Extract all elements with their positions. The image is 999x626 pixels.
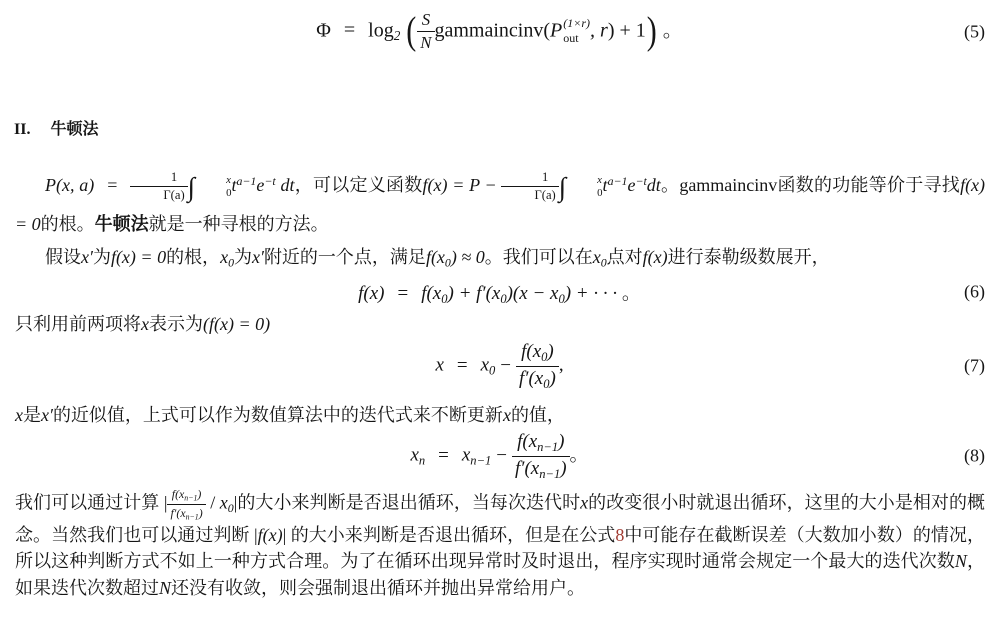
paragraph-2: 假设x′为f(x) = 0的根，x0为x′附近的一个点，满足f(x0) ≈ 0。… [15,242,985,278]
eq6-term1: f(x [421,283,441,304]
paragraph-1: P(x, a)=1Γ(a)∫x0ta−1e−t dt，可以定义函数f(x) = … [15,163,985,243]
equation-5: Φ=log2 (SNgammaincinv(P(1×r)out, r) + 1)… [0,10,999,53]
p1-text-4: 的根。 [41,214,95,234]
eq5-P: P [550,19,562,41]
p3b-text-1: 是 [23,405,41,425]
eq8-period: 。 [570,445,589,466]
eq5-period: 。 [663,19,683,41]
p2-text-3: 的根， [166,247,220,267]
p4-x0: x [220,492,228,512]
p1-integral-icon-2: ∫ [559,172,566,202]
p4-x: x [580,492,588,512]
equation-8: xn=xn−1−f(xn−1)f′(xn−1)。 (8) [0,431,999,482]
p2-fx0-close: ) ≈ 0 [451,247,485,267]
p3b-text-2: 的近似值，上式可以作为数值算法中的迭代式来不断更新 [53,405,503,425]
p3b-x-2: x [503,405,511,425]
eq6-term4: ) + · · · [565,283,622,304]
p2-fx0-approx: f(x [426,247,445,267]
eq5-open-paren: ( [406,12,416,51]
p1-t-exp: a−1 [236,174,256,188]
eq5-function-name: gammaincinv [435,19,544,41]
p1-bold-newton: 牛顿法 [95,214,149,234]
p3a-fx0: (f(x) = 0) [203,314,270,334]
p2-text-8: 进行泰勒级数展开， [668,247,830,267]
eq7-x0-sub: 0 [489,363,495,377]
p1-integral-limits: x0 [196,174,231,201]
eq7-lhs: x [435,355,443,376]
eq8-fraction: f(xn−1)f′(xn−1) [512,431,570,482]
equation-5-number: (5) [964,21,985,42]
p2-xprime-2: x′ [252,247,264,267]
p3b-x: x [15,405,23,425]
equation-7: x=x0−f(x0)f′(x0), (7) [0,341,999,392]
p2-text-1: 假设 [45,247,81,267]
p1-e-exp: −t [264,174,275,188]
eq5-close-paren: ) [647,12,657,51]
p1-equals: = [107,175,117,195]
equation-8-reference-link[interactable]: 8 [615,525,624,545]
eq7-minus: − [500,355,511,376]
p1-fraction-gamma-2: 1Γ(a) [501,170,558,203]
eq8-minus: − [496,445,507,466]
p1-math-f: f(x) = P − [423,175,497,195]
p4-text-2: 的大小来判断是否退出循环，当每次迭代时 [237,492,580,512]
eq7-equals: = [457,355,468,376]
eq7-fraction: f(x0)f′(x0) [516,341,559,392]
p1-fraction-gamma: 1Γ(a) [130,170,187,203]
p4-text-7: 还没有收敛，则会强制退出循环并抛出异常给用户。 [171,578,585,598]
equation-7-number: (7) [964,356,985,377]
eq7-x0: x [481,355,489,376]
section-heading: II.牛顿法 [14,116,98,139]
p1-text-1: ，可以定义函数 [294,175,422,195]
p1-text-2: 。 [661,175,680,195]
equation-8-number: (8) [964,446,985,467]
p4-N-2: N [159,578,171,598]
p1-integral-limits-2: x0 [567,174,602,201]
eq6-equals: = [397,283,408,304]
p3a-text-1: 只利用前两项将 [15,314,141,334]
eq5-equals: = [344,19,355,41]
p1-integral-icon: ∫ [188,172,195,202]
p2-text-6: 。我们可以在 [485,247,593,267]
p4-text-4: | 的大小来判断是否退出循环，但是在公式 [283,525,616,545]
eq5-args: , r [590,19,608,41]
eq8-lhs: x [410,445,418,466]
eq6-period: 。 [622,283,641,304]
p2-x0: x [220,247,228,267]
p4-inline-fraction: f(xn−1)f′(xn−1) [167,487,205,522]
section-number: II. [14,121,30,138]
p4-N: N [955,551,967,571]
p3b-text-3: 的值， [511,405,565,425]
p2-text-7: 点对 [607,247,643,267]
p2-text-2: 为 [93,247,111,267]
p2-text-4: 为 [234,247,252,267]
p1-dt: dt [280,175,294,195]
p2-x0-2: x [593,247,601,267]
paragraph-3a: 只利用前两项将x表示为(f(x) = 0) [15,310,985,338]
p1-function-name: gammaincinv [679,175,777,195]
p4-text-1: 我们可以通过计算 | [15,492,167,512]
paragraph-3b: x是x′的近似值，上式可以作为数值算法中的迭代式来不断更新x的值， [15,401,985,429]
p1-dt-2: dt [647,175,661,195]
eq5-phi: Φ [316,19,331,41]
equation-6-number: (6) [964,282,985,303]
p2-text-5: 附近的一个点，满足 [264,247,426,267]
p1-text-5: 就是一种寻根的方法。 [149,214,329,234]
p2-fx0: f(x) = 0 [111,247,166,267]
eq6-term2: ) + f′(x [448,283,501,304]
eq5-fraction-S-N: SN [417,10,434,53]
eq8-base-sub: n−1 [470,453,491,467]
p4-fx: f(x) [258,525,283,545]
eq6-lhs: f(x) [358,283,384,304]
section-title: 牛顿法 [50,121,98,138]
p2-fx: f(x) [643,247,668,267]
eq5-log-base: 2 [394,28,401,43]
eq6-term3: )(x − x [507,283,559,304]
paragraph-4: 我们可以通过计算 |f(xn−1)f′(xn−1) / x0|的大小来判断是否退… [15,487,985,601]
p2-xprime: x′ [81,247,93,267]
eq8-equals: = [438,445,449,466]
p1-e-exp-2: −t [635,174,646,188]
eq8-lhs-sub: n [419,453,425,467]
p3a-text-2: 表示为 [149,314,203,334]
eq5-P-supsub: (1×r)out [563,16,590,46]
p3b-xprime: x′ [41,405,53,425]
document-page: Φ=log2 (SNgammaincinv(P(1×r)out, r) + 1)… [0,0,999,626]
eq7-comma: , [559,355,564,376]
p1-text-3: 函数的功能等价于寻找 [777,175,960,195]
eq5-log: log [368,19,394,41]
p1-math-P: P(x, a) [45,175,94,195]
p1-t-exp-2: a−1 [608,174,628,188]
p4-slash: / [206,492,220,512]
equation-6: f(x)=f(x0) + f′(x0)(x − x0) + · · · 。 (6… [0,278,999,307]
eq5-plus-one: + 1 [614,19,645,41]
p3a-x: x [141,314,149,334]
